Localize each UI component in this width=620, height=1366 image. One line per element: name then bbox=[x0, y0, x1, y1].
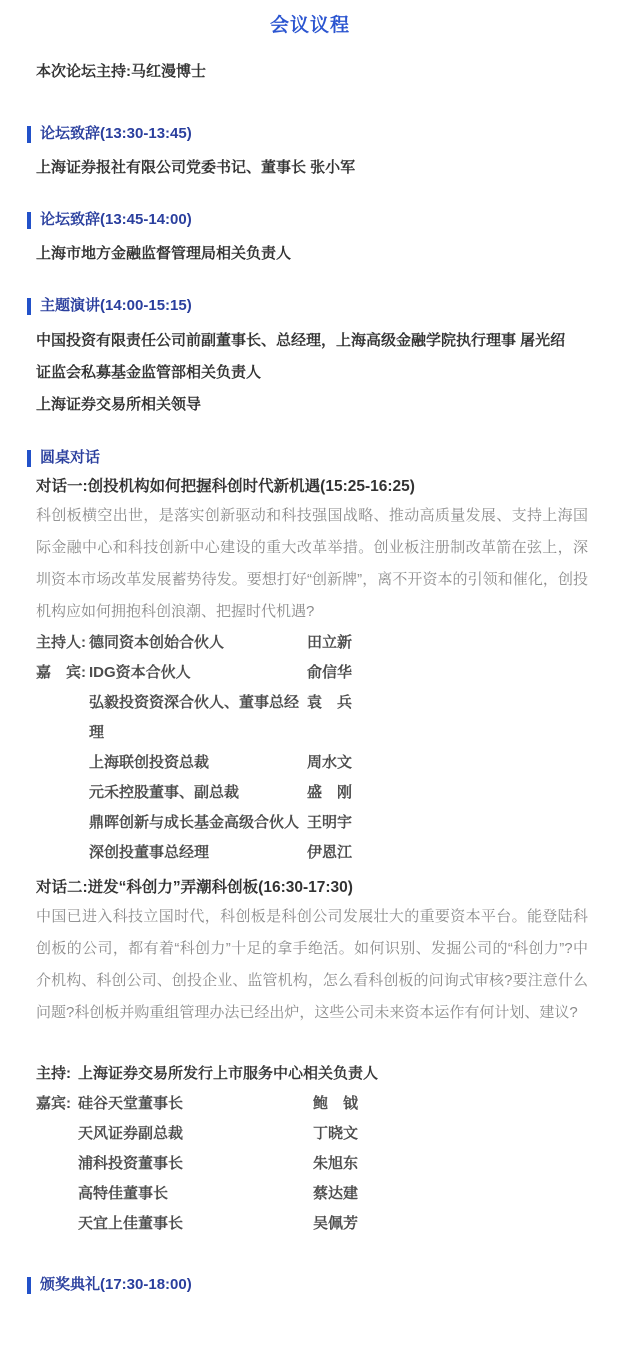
speaker-name: 袁 兵 bbox=[307, 688, 352, 748]
section-accent-bar bbox=[27, 298, 31, 315]
speaker-line: 上海证券交易所相关领导 bbox=[36, 389, 584, 421]
section-accent-bar bbox=[27, 212, 31, 229]
section-header-roundtable: 圆桌对话 bbox=[27, 449, 620, 467]
speaker-line: 上海证券报社有限公司党委书记、董事长 张小军 bbox=[36, 158, 584, 178]
speaker-role: 天风证券副总裁 bbox=[78, 1119, 313, 1149]
speaker-name: 盛 刚 bbox=[307, 778, 352, 808]
speaker-role: 上海联创投资总裁 bbox=[89, 748, 307, 778]
speaker-row: 弘毅投资资深合伙人、董事总经理 袁 兵 bbox=[36, 688, 584, 748]
speaker-label: 主持: bbox=[36, 1059, 78, 1089]
section-accent-bar bbox=[27, 126, 31, 143]
speaker-role: 天宜上佳董事长 bbox=[78, 1209, 313, 1239]
speaker-role: 德同资本创始合伙人 bbox=[89, 628, 307, 658]
section-heading: 圆桌对话 bbox=[40, 449, 100, 467]
speaker-row: 深创投董事总经理 伊恩江 bbox=[36, 838, 584, 868]
speaker-label bbox=[36, 1209, 78, 1239]
speaker-label bbox=[36, 1179, 78, 1209]
speaker-row: 高特佳董事长 蔡达建 bbox=[36, 1179, 584, 1209]
speaker-label: 主持人: bbox=[36, 628, 89, 658]
speaker-row: 元禾控股董事、副总裁 盛 刚 bbox=[36, 778, 584, 808]
speaker-name: 吴佩芳 bbox=[313, 1209, 358, 1239]
speaker-row: 天风证券副总裁 丁晓文 bbox=[36, 1119, 584, 1149]
speaker-label bbox=[36, 778, 89, 808]
speaker-name: 鲍 钺 bbox=[313, 1089, 358, 1119]
section-header-awards: 颁奖典礼(17:30-18:00) bbox=[27, 1276, 620, 1294]
dialog1-speaker-table: 主持人: 德同资本创始合伙人 田立新 嘉 宾: IDG资本合伙人 俞信华 弘毅投… bbox=[36, 628, 584, 868]
section-heading: 主题演讲(14:00-15:15) bbox=[40, 297, 192, 315]
section-heading: 论坛致辞(13:30-13:45) bbox=[40, 125, 192, 143]
speaker-role: 浦科投资董事长 bbox=[78, 1149, 313, 1179]
speaker-label: 嘉宾: bbox=[36, 1089, 78, 1119]
section-header-keynote: 主题演讲(14:00-15:15) bbox=[27, 297, 620, 315]
speaker-name: 俞信华 bbox=[307, 658, 352, 688]
forum-host-line: 本次论坛主持:马红漫博士 bbox=[36, 62, 584, 82]
speaker-line: 证监会私募基金监管部相关负责人 bbox=[36, 357, 584, 389]
speaker-role: 深创投董事总经理 bbox=[89, 838, 307, 868]
section-header-speech-2: 论坛致辞(13:45-14:00) bbox=[27, 211, 620, 229]
keynote-speakers: 中国投资有限责任公司前副董事长、总经理，上海高级金融学院执行理事 屠光绍 证监会… bbox=[36, 325, 584, 421]
section-accent-bar bbox=[27, 1277, 31, 1294]
speaker-row: 嘉宾: 硅谷天堂董事长 鲍 钺 bbox=[36, 1089, 584, 1119]
agenda-page: 会议议程 本次论坛主持:马红漫博士 论坛致辞(13:30-13:45) 上海证券… bbox=[0, 0, 620, 1366]
speaker-role: 元禾控股董事、副总裁 bbox=[89, 778, 307, 808]
speaker-line: 上海市地方金融监督管理局相关负责人 bbox=[36, 244, 584, 264]
section-header-speech-1: 论坛致辞(13:30-13:45) bbox=[27, 125, 620, 143]
speaker-name: 丁晓文 bbox=[313, 1119, 358, 1149]
speaker-name: 伊恩江 bbox=[307, 838, 352, 868]
speaker-role: 上海证券交易所发行上市服务中心相关负责人 bbox=[78, 1059, 378, 1089]
speaker-label bbox=[36, 808, 89, 838]
speaker-role: 硅谷天堂董事长 bbox=[78, 1089, 313, 1119]
speaker-row: 主持人: 德同资本创始合伙人 田立新 bbox=[36, 628, 584, 658]
speaker-label bbox=[36, 688, 89, 748]
speaker-name: 周水文 bbox=[307, 748, 352, 778]
speaker-row: 鼎晖创新与成长基金高级合伙人 王明宇 bbox=[36, 808, 584, 838]
speaker-name: 田立新 bbox=[307, 628, 352, 658]
speaker-role: 弘毅投资资深合伙人、董事总经理 bbox=[89, 688, 307, 748]
speaker-row: 嘉 宾: IDG资本合伙人 俞信华 bbox=[36, 658, 584, 688]
speaker-label bbox=[36, 838, 89, 868]
speaker-name: 朱旭东 bbox=[313, 1149, 358, 1179]
speaker-label bbox=[36, 1119, 78, 1149]
speaker-row: 天宜上佳董事长 吴佩芳 bbox=[36, 1209, 584, 1239]
speaker-line: 中国投资有限责任公司前副董事长、总经理，上海高级金融学院执行理事 屠光绍 bbox=[36, 325, 584, 357]
speaker-role: 鼎晖创新与成长基金高级合伙人 bbox=[89, 808, 307, 838]
dialog2-title: 对话二:迸发“科创力”弄潮科创板(16:30-17:30) bbox=[36, 878, 584, 898]
speaker-role: 高特佳董事长 bbox=[78, 1179, 313, 1209]
speaker-label: 嘉 宾: bbox=[36, 658, 89, 688]
speaker-role: IDG资本合伙人 bbox=[89, 658, 307, 688]
dialog1-description: 科创板横空出世，是落实创新驱动和科技强国战略、推动高质量发展、支持上海国际金融中… bbox=[36, 500, 588, 628]
page-title: 会议议程 bbox=[0, 0, 620, 39]
dialog2-speaker-table: 嘉宾: 硅谷天堂董事长 鲍 钺 天风证券副总裁 丁晓文 浦科投资董事长 朱旭东 … bbox=[36, 1089, 584, 1239]
speaker-name: 王明宇 bbox=[307, 808, 352, 838]
speaker-label bbox=[36, 748, 89, 778]
section-accent-bar bbox=[27, 450, 31, 467]
section-heading: 论坛致辞(13:45-14:00) bbox=[40, 211, 192, 229]
speaker-label bbox=[36, 1149, 78, 1179]
speaker-row: 上海联创投资总裁 周水文 bbox=[36, 748, 584, 778]
dialog2-host-row: 主持: 上海证券交易所发行上市服务中心相关负责人 bbox=[36, 1059, 584, 1089]
speaker-name: 蔡达建 bbox=[313, 1179, 358, 1209]
dialog1-title: 对话一:创投机构如何把握科创时代新机遇(15:25-16:25) bbox=[36, 477, 584, 497]
dialog2-description: 中国已进入科技立国时代，科创板是科创公司发展壮大的重要资本平台。能登陆科创板的公… bbox=[36, 901, 588, 1029]
speaker-row: 浦科投资董事长 朱旭东 bbox=[36, 1149, 584, 1179]
section-heading: 颁奖典礼(17:30-18:00) bbox=[40, 1276, 192, 1294]
